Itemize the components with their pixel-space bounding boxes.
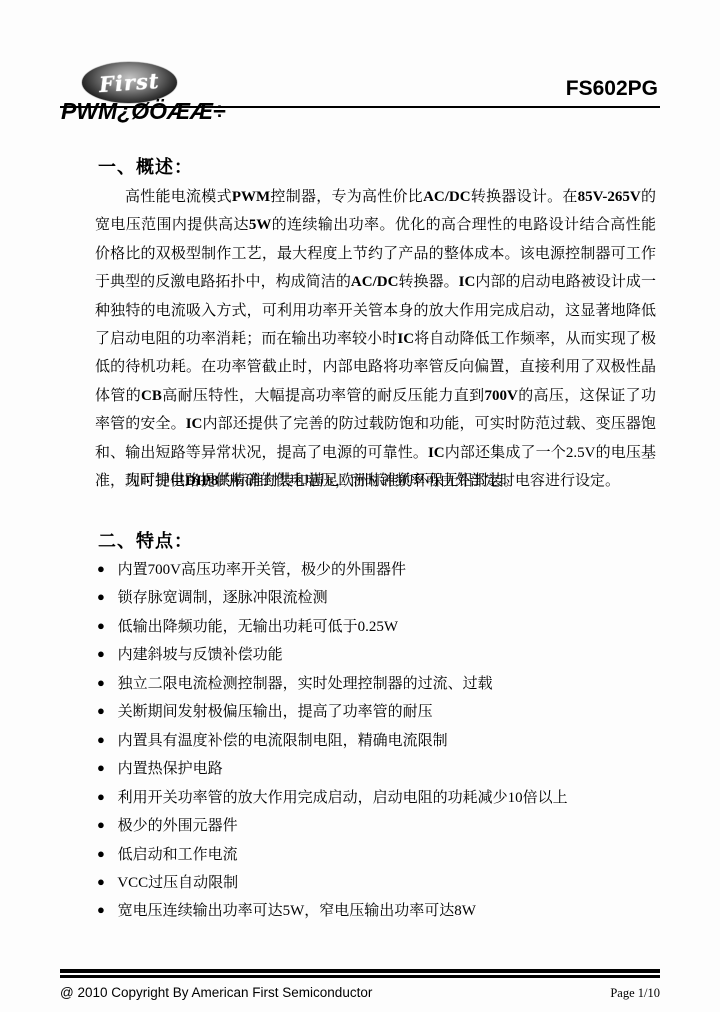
bullet-icon: ● <box>97 760 105 775</box>
feature-item-label: 内置具有温度补偿的电流限制电阻，精确电流限制 <box>118 733 448 749</box>
feature-item-label: 锁存脉宽调制，逐脉冲限流检测 <box>118 590 328 606</box>
feature-item: ● VCC过压自动限制 <box>97 869 657 897</box>
feature-item-label: 低输出降频功能，无输出功耗可低于0.25W <box>118 619 398 635</box>
bullet-icon: ● <box>97 618 105 633</box>
feature-item: ● 极少的外围元器件 <box>97 812 657 840</box>
footer-rule-top <box>60 969 660 973</box>
bullet-icon: ● <box>97 589 105 604</box>
overview-paragraph-1: 高性能电流模式PWM控制器，专为高性价比AC/DC转换器设计。在85V-265V… <box>95 183 656 495</box>
datasheet-page: First FS602PG PWM¿ØÖÆÆ÷ 一、概述： 高性能电流模式PWM… <box>0 0 720 1012</box>
footer-rule-bottom <box>60 975 660 978</box>
feature-item-label: 利用开关功率管的放大作用完成启动，启动电阻的功耗减少10倍以上 <box>118 790 568 806</box>
header-subtitle: PWM¿ØÖÆÆ÷ <box>61 98 226 124</box>
feature-item-label: 内置700V高压功率开关管，极少的外围器件 <box>118 562 406 578</box>
feature-item: ● 低启动和工作电流 <box>97 841 657 869</box>
first-logo-text: First <box>98 68 160 97</box>
overview-heading: 一、概述： <box>98 153 193 179</box>
feature-item: ● 低输出降频功能，无输出功耗可低于0.25W <box>97 613 657 641</box>
bullet-icon: ● <box>97 703 105 718</box>
feature-item-label: VCC过压自动限制 <box>117 875 238 891</box>
feature-item: ● 利用开关功率管的放大作用完成启动，启动电阻的功耗减少10倍以上 <box>97 784 657 812</box>
feature-item: ● 锁存脉宽调制，逐脉冲限流检测 <box>97 584 657 612</box>
feature-item: ● 内建斜坡与反馈补偿功能 <box>97 641 657 669</box>
feature-item: ● 宽电压连续输出功率可达5W，窄电压输出功率可达8W <box>97 897 657 925</box>
bullet-icon: ● <box>97 675 105 690</box>
feature-item: ● 内置700V高压功率开关管，极少的外围器件 <box>97 556 657 584</box>
product-code: FS602PG <box>566 77 658 101</box>
feature-item-label: 关断期间发射极偏压输出，提高了功率管的耐压 <box>118 704 433 720</box>
feature-item-label: 低启动和工作电流 <box>118 847 238 863</box>
feature-item: ● 关断期间发射极偏压输出，提高了功率管的耐压 <box>97 698 657 726</box>
page-number: Page 1/10 <box>610 986 660 1001</box>
bullet-icon: ● <box>97 732 105 747</box>
feature-item: ● 内置具有温度补偿的电流限制电阻，精确电流限制 <box>97 727 657 755</box>
first-logo: First <box>82 62 177 103</box>
bullet-icon: ● <box>97 817 105 832</box>
bullet-icon: ● <box>97 789 105 804</box>
page-footer: @ 2010 Copyright By American First Semic… <box>60 969 660 1001</box>
feature-item-label: 内置热保护电路 <box>118 761 223 777</box>
feature-item-label: 独立二限电流检测控制器，实时处理控制器的过流、过载 <box>118 676 493 692</box>
feature-item-label: 极少的外围元器件 <box>118 818 238 834</box>
bullet-icon: ● <box>97 874 105 889</box>
bullet-icon: ● <box>97 561 105 576</box>
bullet-icon: ● <box>97 646 105 661</box>
bullet-icon: ● <box>97 846 105 861</box>
copyright-text: @ 2010 Copyright By American First Semic… <box>60 985 372 1000</box>
overview-paragraph-2: 现可提供DIP8的标准封装和满足欧洲标准的环保无铅封装。 <box>95 467 656 495</box>
features-list: ● 内置700V高压功率开关管，极少的外围器件 ● 锁存脉宽调制，逐脉冲限流检测… <box>97 556 657 926</box>
feature-item: ● 内置热保护电路 <box>97 755 657 783</box>
feature-item-label: 宽电压连续输出功率可达5W，窄电压输出功率可达8W <box>118 903 476 919</box>
feature-item-label: 内建斜坡与反馈补偿功能 <box>118 647 283 663</box>
feature-item: ● 独立二限电流检测控制器，实时处理控制器的过流、过载 <box>97 670 657 698</box>
bullet-icon: ● <box>97 902 105 917</box>
features-heading: 二、特点： <box>98 527 193 553</box>
